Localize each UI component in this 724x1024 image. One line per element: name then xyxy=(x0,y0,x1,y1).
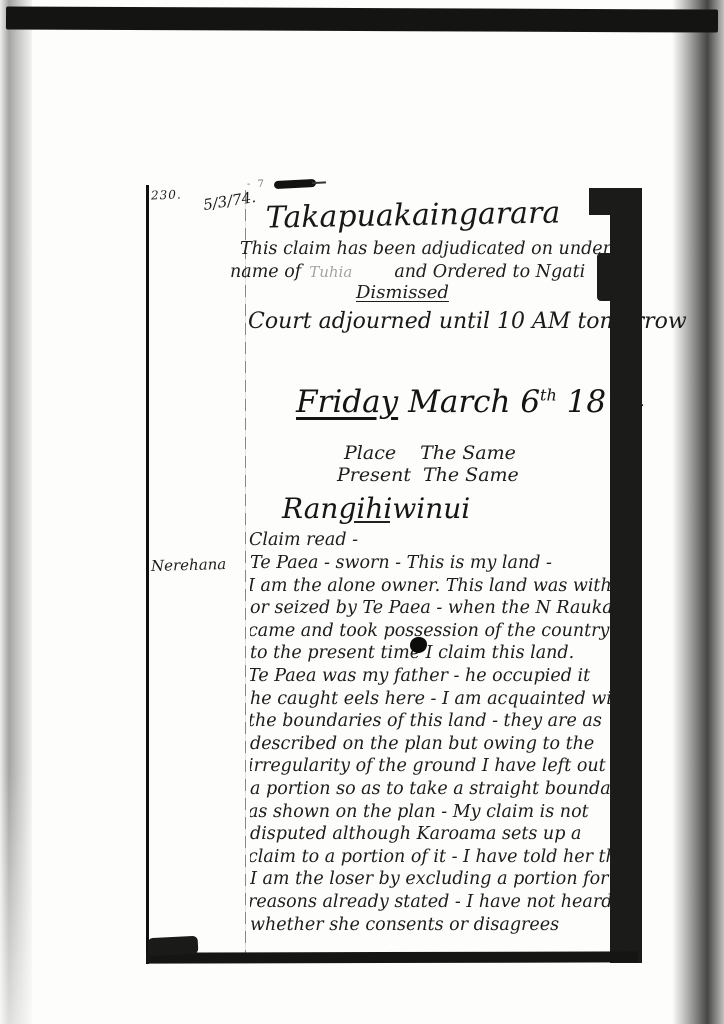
testimony-line: Te Paea was my father - he occupied it xyxy=(250,665,610,688)
page-margin-rule xyxy=(245,190,246,958)
page-number: 230. xyxy=(151,187,182,202)
page-bottom-border xyxy=(146,951,638,963)
page-right-border-bump xyxy=(597,253,613,301)
testimony-line: a portion so as to take a straight bound… xyxy=(250,778,612,801)
testimony-line: or seized by Te Paea - when the N Raukaw… xyxy=(250,597,612,620)
testimony-line: the boundaries of this land - they are a… xyxy=(250,710,610,733)
testimony-line: came and took possession of the country … xyxy=(250,620,610,643)
scan-top-black-bar xyxy=(6,6,718,32)
adjudication-line1: This claim has been adjudicated on under… xyxy=(240,239,612,259)
testimony-line: he caught eels here - I am acquainted wi… xyxy=(250,688,612,711)
bottom-left-ink-smudge xyxy=(148,936,199,957)
adjudication-note: This claim has been adjudicated on under… xyxy=(230,239,612,282)
testimony-line: Te Paea - sworn - This is my land - xyxy=(250,552,612,575)
top-ink-smudge xyxy=(274,179,316,189)
place-line: PlaceThe Same xyxy=(344,442,516,464)
witness-margin-note: Nerehana xyxy=(151,555,227,575)
page-right-border-top-blob xyxy=(589,188,613,215)
scan-edge-left-band xyxy=(0,0,32,1024)
document-scan: - 7 230. 5/3/74. Takapuakaingarara This … xyxy=(0,0,724,1024)
claimant-name-faint: Tuhia xyxy=(309,263,352,281)
testimony-line: described on the plan but owing to the xyxy=(250,733,612,756)
scan-edge-right-band xyxy=(672,0,724,1024)
testimony-line: reasons already stated - I have not hear… xyxy=(250,891,610,914)
testimony-line: I am the loser by excluding a portion fo… xyxy=(250,868,612,891)
present-line: PresentThe Same xyxy=(337,464,519,486)
place-value: The Same xyxy=(420,442,516,464)
claim-read-note: Claim read - xyxy=(249,530,358,550)
dismissed-label: Dismissed xyxy=(356,282,449,303)
session-ordinal: th xyxy=(540,386,557,405)
testimony-text: Te Paea - sworn - This is my land - I am… xyxy=(250,552,612,936)
page-right-border xyxy=(610,188,642,963)
session-day: Friday xyxy=(296,384,408,420)
adjudication-line2: name ofTuhiaand Ordered to Ngati xyxy=(230,262,612,282)
case-title: Rangihiwinui xyxy=(282,492,470,525)
session-date-heading: FridayMarch 6th 1874 xyxy=(296,384,646,420)
testimony-line: as shown on the plan - My claim is not xyxy=(250,801,610,824)
present-label: Present xyxy=(337,464,411,486)
present-value: The Same xyxy=(423,464,519,486)
block-title: Takapuakaingarara xyxy=(258,195,569,235)
page-left-border xyxy=(146,185,149,964)
date-code: 5/3/74. xyxy=(202,188,257,214)
testimony-line: disputed although Karoama sets up a xyxy=(250,823,612,846)
testimony-line: I am the alone owner. This land was with… xyxy=(250,575,610,598)
testimony-line: claim to a portion of it - I have told h… xyxy=(250,846,610,869)
testimony-line: irregularity of the ground I have left o… xyxy=(250,755,610,778)
ordered-text: and Ordered to Ngati xyxy=(394,262,585,282)
testimony-line: whether she consents or disagrees xyxy=(250,914,612,937)
session-month-day: March 6 xyxy=(408,384,540,420)
name-prefix: name of xyxy=(230,262,301,282)
place-label: Place xyxy=(344,442,396,464)
testimony-line: to the present time I claim this land. xyxy=(250,642,612,665)
